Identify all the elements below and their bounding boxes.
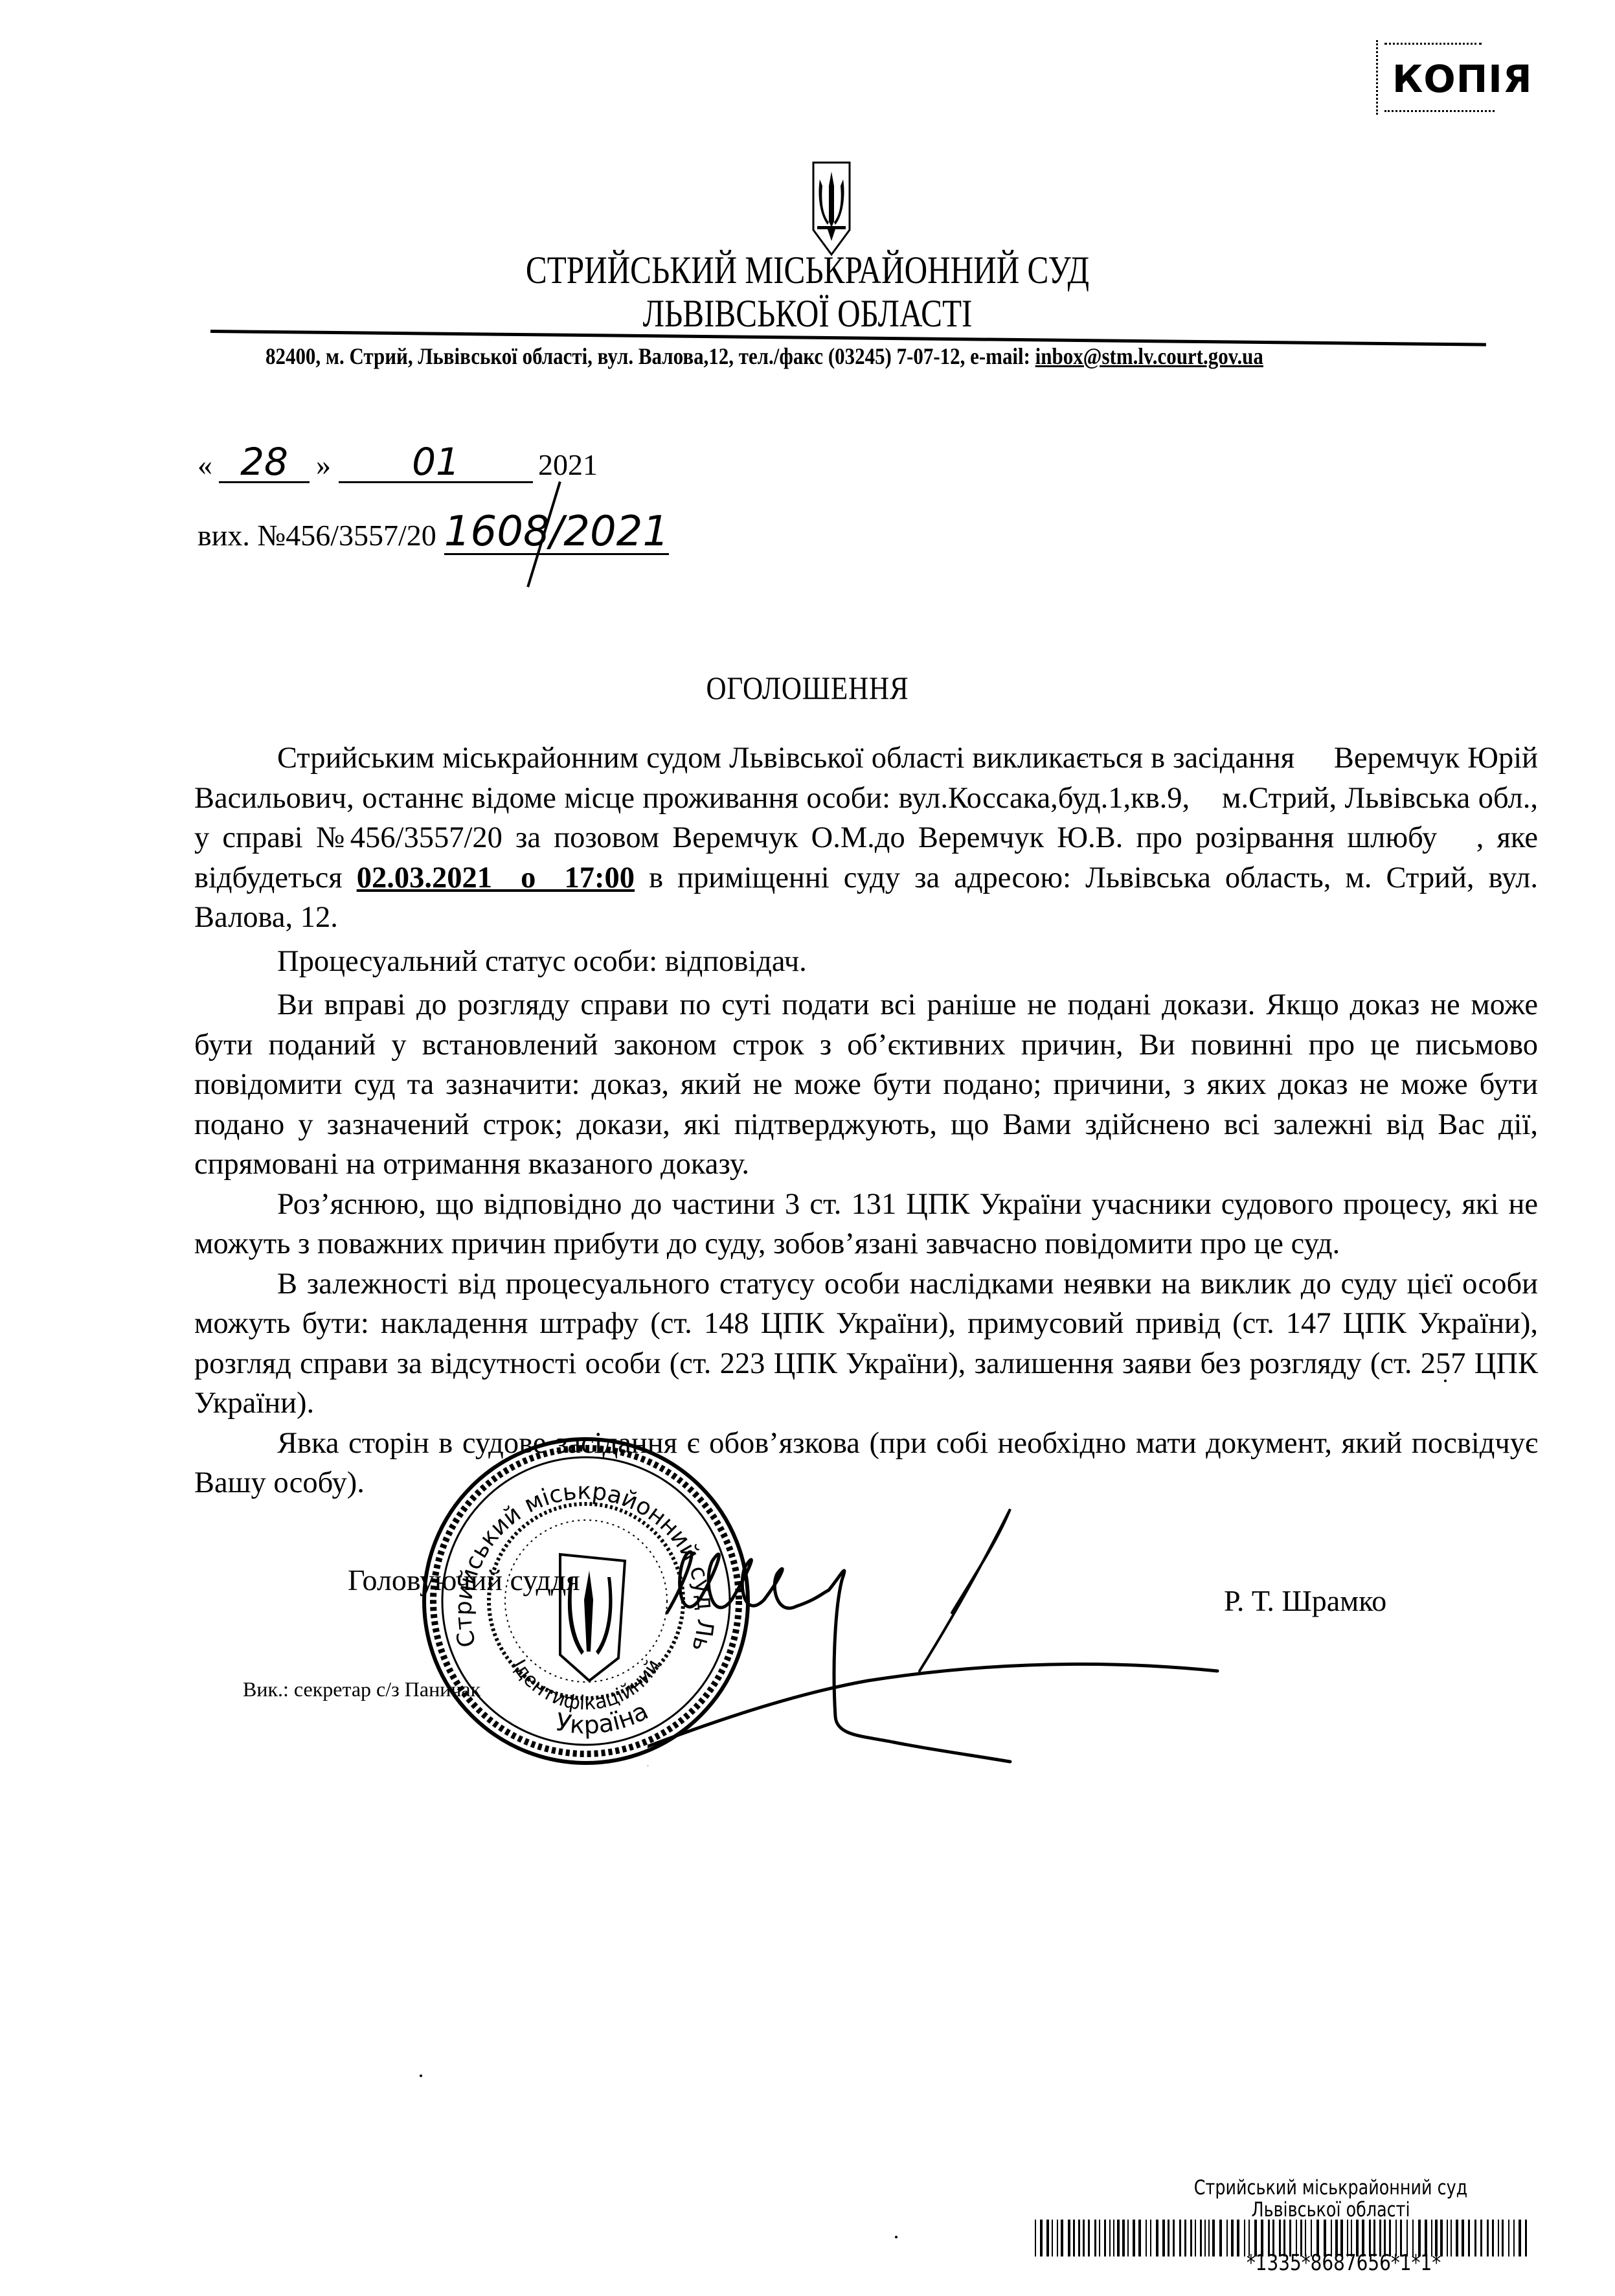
paragraph-consequences: В залежності від процесуального статусу … — [194, 1264, 1538, 1424]
barcode-number: *1335*8687656*1*1* — [1195, 2250, 1492, 2276]
paragraph-attendance: Явка сторін в судове засідання є обов’яз… — [194, 1424, 1538, 1503]
address-text: 82400, м. Стрий, Львівської області, вул… — [265, 343, 1035, 369]
date-year: 2021 — [538, 448, 598, 481]
court-region: ЛЬВІВСЬКОЇ ОБЛАСТІ — [145, 293, 1469, 334]
date-close-quote: » — [316, 448, 331, 481]
document-title: ОГОЛОШЕННЯ — [113, 669, 1502, 707]
outgoing-number-handwritten: 1608/2021 — [444, 510, 669, 555]
paragraph-status: Процесуальний статус особи: відповідач. — [194, 942, 1538, 982]
scan-speck — [895, 2236, 898, 2238]
document-date: «28»012021 — [198, 442, 598, 483]
scan-speck — [420, 2074, 422, 2077]
paragraph-notice: Роз’яснюю, що відповідно до частини 3 ст… — [194, 1185, 1538, 1264]
copy-stamp: КОПІЯ — [1376, 40, 1528, 115]
date-open-quote: « — [198, 448, 212, 481]
barcode-org-line1: Стрийський міськрайонний суд — [1193, 2176, 1469, 2199]
date-day-handwritten: 28 — [219, 442, 310, 483]
outgoing-number-prefix: вих. №456/3557/20 — [198, 519, 436, 552]
barcode-org-line2: Львівської області — [1193, 2198, 1469, 2222]
paragraph-summons: Стрийським міськрайонним судом Львівсько… — [194, 738, 1538, 938]
date-month-handwritten: 01 — [339, 442, 533, 483]
email-link[interactable]: inbox@stm.lv.court.gov.ua — [1035, 343, 1263, 369]
scan-speck — [1444, 1380, 1447, 1382]
court-name: СТРИЙСЬКИЙ МІСЬКРАЙОННИЙ СУД — [145, 249, 1469, 291]
announcement-body: Стрийським міськрайонним судом Львівсько… — [194, 738, 1538, 1503]
paragraph-evidence: Ви вправі до розгляду справи по суті под… — [194, 985, 1538, 1185]
hearing-datetime: 02.03.2021 о 17:00 — [357, 861, 635, 894]
stamp-dotted-border — [1384, 106, 1495, 112]
court-address: 82400, м. Стрий, Львівської області, вул… — [265, 343, 1263, 369]
judge-signature — [648, 1503, 1230, 1775]
outgoing-number: вих. №456/3557/201608/2021 — [198, 510, 669, 555]
svg-text:Ідентифікаційний код 37456805: Ідентифікаційний код 37456805 — [414, 1431, 665, 1715]
copy-stamp-label: КОПІЯ — [1392, 57, 1533, 101]
judge-name: Р. Т. Шрамко — [1224, 1584, 1386, 1618]
stamp-dotted-border — [1384, 43, 1482, 49]
trident-emblem-icon — [811, 160, 852, 257]
